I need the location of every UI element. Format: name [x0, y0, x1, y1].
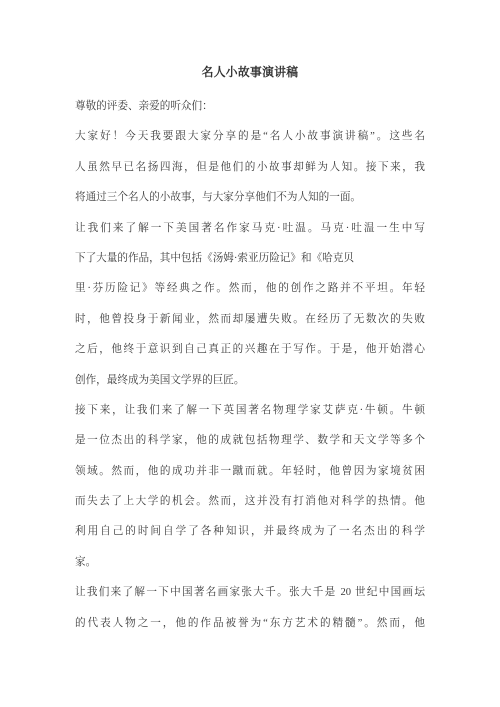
- document-body: 尊敬的评委、亲爱的听众们：大家好！今天我要跟大家分享的是“名人小故事演讲稿”。这…: [75, 92, 425, 639]
- text-line: 尊敬的评委、亲爱的听众们：: [75, 92, 425, 122]
- text-line: 让我们来了解一下美国著名作家马克·吐温。马克·吐温一生中写: [75, 214, 425, 244]
- text-line: 将通过三个名人的小故事，与大家分享他们不为人知的一面。: [75, 183, 425, 213]
- text-line: 的代表人物之一，他的作品被誉为“东方艺术的精髓”。然而，他: [75, 609, 425, 639]
- text-line: 里·芬历险记》等经典之作。然而，他的创作之路并不平坦。年轻: [75, 274, 425, 304]
- text-line: 接下来，让我们来了解一下英国著名物理学家艾萨克·牛顿。牛顿: [75, 396, 425, 426]
- document-page: 名人小故事演讲稿 尊敬的评委、亲爱的听众们：大家好！今天我要跟大家分享的是“名人…: [0, 0, 500, 707]
- text-line: 下了大量的作品，其中包括《汤姆·索亚历险记》和《哈克贝: [75, 244, 425, 274]
- text-line: 人虽然早已名扬四海，但是他们的小故事却鲜为人知。接下来，我: [75, 153, 425, 183]
- text-line: 而失去了上大学的机会。然而，这并没有打消他对科学的热情。他: [75, 487, 425, 517]
- text-line: 大家好！今天我要跟大家分享的是“名人小故事演讲稿”。这些名: [75, 122, 425, 152]
- text-line: 是一位杰出的科学家，他的成就包括物理学、数学和天文学等多个: [75, 426, 425, 456]
- text-line: 领域。然而，他的成功并非一蹴而就。年轻时，他曾因为家境贫困: [75, 457, 425, 487]
- text-line: 之后，他终于意识到自己真正的兴趣在于写作。于是，他开始潜心: [75, 335, 425, 365]
- document-title: 名人小故事演讲稿: [0, 62, 500, 82]
- text-line: 利用自己的时间自学了各种知识，并最终成为了一名杰出的科学: [75, 517, 425, 547]
- text-line: 时，他曾投身于新闻业，然而却屡遭失败。在经历了无数次的失败: [75, 305, 425, 335]
- text-line: 家。: [75, 548, 425, 578]
- text-line: 让我们来了解一下中国著名画家张大千。张大千是 20 世纪中国画坛: [75, 578, 425, 608]
- text-line: 创作，最终成为美国文学界的巨匠。: [75, 366, 425, 396]
